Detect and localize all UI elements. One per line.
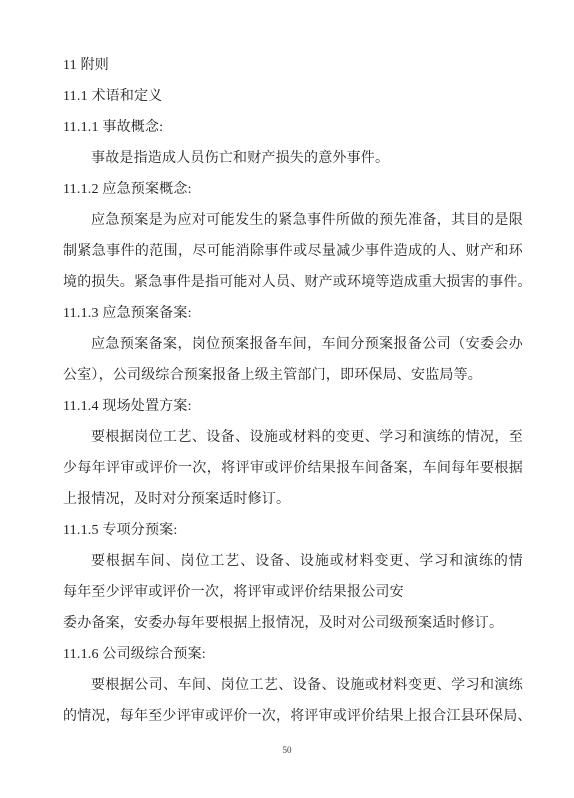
text-line: 要根据岗位工艺、设备、设施或材料的变更、学习和演练的情况，至: [63, 422, 523, 453]
section-heading: 11.1 术语和定义: [63, 81, 523, 112]
page-number: 50: [0, 744, 574, 756]
section-heading: 11.1.1 事故概念:: [63, 112, 523, 143]
section-heading: 11.1.6 公司级综合预案:: [63, 639, 523, 670]
text-line: 制紧急事件的范围，尽可能消除事件或尽量减少事件造成的人、财产和环: [63, 236, 523, 267]
text-line: 每年至少评审或评价一次，将评审或评价结果报公司安: [63, 577, 523, 608]
text-line: 要根据公司、车间、岗位工艺、设备、设施或材料变更、学习和演练: [63, 670, 523, 701]
section-heading: 11.1.3 应急预案备案:: [63, 298, 523, 329]
text-line: 委办备案，安委办每年要根据上报情况，及时对公司级预案适时修订。: [63, 608, 523, 639]
section-heading: 11.1.4 现场处置方案:: [63, 391, 523, 422]
text-line: 要根据车间、岗位工艺、设备、设施或材料变更、学习和演练的情况，: [63, 546, 523, 577]
text-line: 事故是指造成人员伤亡和财产损失的意外事件。: [63, 143, 523, 174]
section-heading: 11 附则: [63, 50, 523, 81]
document-body: 11 附则11.1 术语和定义11.1.1 事故概念:事故是指造成人员伤亡和财产…: [63, 50, 523, 732]
document-page: 11 附则11.1 术语和定义11.1.1 事故概念:事故是指造成人员伤亡和财产…: [0, 0, 574, 798]
section-heading: 11.1.2 应急预案概念:: [63, 174, 523, 205]
section-heading: 11.1.5 专项分预案:: [63, 515, 523, 546]
text-line: 境的损失。紧急事件是指可能对人员、财产或环境等造成重大损害的事件。: [63, 267, 523, 298]
text-line: 应急预案是为应对可能发生的紧急事件所做的预先准备，其目的是限: [63, 205, 523, 236]
text-line: 应急预案备案，岗位预案报备车间，车间分预案报备公司（安委会办: [63, 329, 523, 360]
text-line: 公室），公司级综合预案报备上级主管部门，即环保局、安监局等。: [63, 360, 523, 391]
text-line: 上报情况，及时对分预案适时修订。: [63, 484, 523, 515]
text-line: 的情况，每年至少评审或评价一次，将评审或评价结果上报合江县环保局、: [63, 701, 523, 732]
text-line: 少每年评审或评价一次，将评审或评价结果报车间备案，车间每年要根据: [63, 453, 523, 484]
